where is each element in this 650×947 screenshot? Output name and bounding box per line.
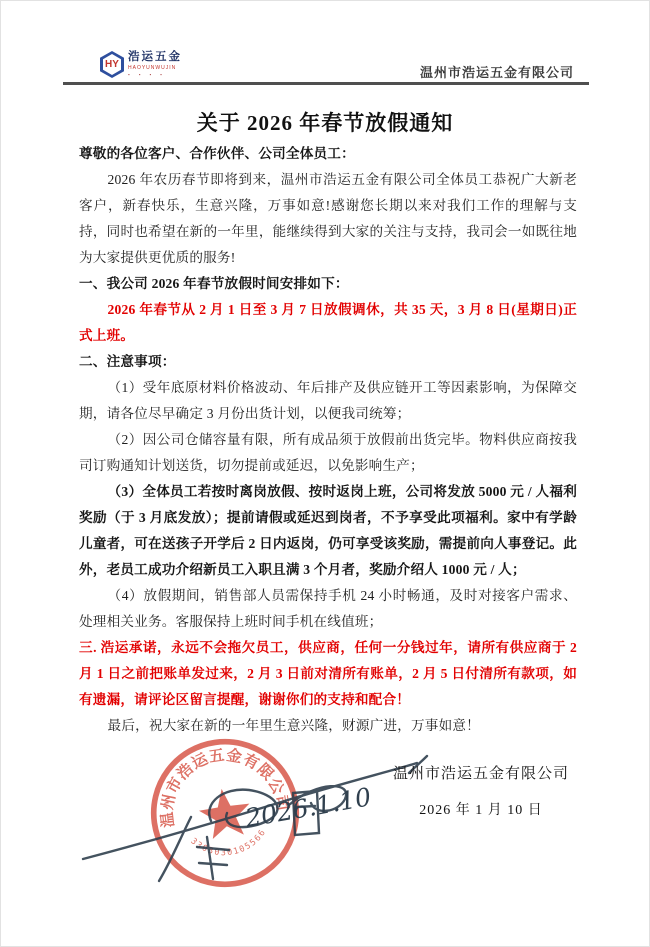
- logo-hexagon-icon: HY: [100, 51, 124, 78]
- section-2-heading: 二、注意事项：: [79, 349, 577, 375]
- header-company-name: 温州市浩运五金有限公司: [420, 62, 574, 81]
- signature-block: 温州市浩运五金有限公司 2026 年 1 月 10 日: [393, 762, 569, 819]
- holiday-dates-line: 2026 年春节从 2 月 1 日至 3 月 7 日放假调休，共 35 天，3 …: [79, 297, 577, 349]
- note-item-1: （1）受年底原材料价格波动、年后排产及供应链开工等因素影响，为保障交期，请各位尽…: [79, 375, 577, 427]
- signature-company: 温州市浩运五金有限公司: [393, 762, 569, 783]
- logo-subtext: HAOYUNWUJIN: [128, 66, 182, 71]
- notice-body: 尊敬的各位客户、合作伙伴、公司全体员工： 2026 年农历春节即将到来，温州市浩…: [79, 141, 577, 739]
- salutation: 尊敬的各位客户、合作伙伴、公司全体员工：: [79, 141, 577, 167]
- intro-paragraph: 2026 年农历春节即将到来，温州市浩运五金有限公司全体员工恭祝广大新老客户，新…: [79, 167, 577, 271]
- section-1-heading: 一、我公司 2026 年春节放假时间安排如下：: [79, 271, 577, 297]
- note-item-3: （3）全体员工若按时离岗放假、按时返岗上班，公司将发放 5000 元 / 人福利…: [79, 479, 577, 583]
- note-item-2: （2）因公司仓储容量有限，所有成品须于放假前出货完毕。物料供应商按我司订购通知计…: [79, 427, 577, 479]
- header-divider: [63, 82, 589, 85]
- logo-dots: ▪ ▪ ▪ ▪: [128, 73, 182, 78]
- logo-monogram: HY: [105, 59, 119, 70]
- page-title: 关于 2026 年春节放假通知: [1, 107, 649, 137]
- logo-name: 浩运五金: [128, 52, 182, 64]
- notice-document: HY 浩运五金 HAOYUNWUJIN ▪ ▪ ▪ ▪ 温州市浩运五金有限公司 …: [0, 0, 650, 947]
- section-3-pledge: 三. 浩运承诺，永远不会拖欠员工，供应商，任何一分钱过年，请所有供应商于 2 月…: [79, 635, 577, 713]
- closing-wish: 最后，祝大家在新的一年里生意兴隆，财源广进，万事如意！: [79, 713, 577, 739]
- company-logo: HY 浩运五金 HAOYUNWUJIN ▪ ▪ ▪ ▪: [100, 51, 182, 78]
- signature-date: 2026 年 1 月 10 日: [393, 799, 569, 819]
- note-item-4: （4）放假期间，销售部人员需保持手机 24 小时畅通，及时对接客户需求、处理相关…: [79, 583, 577, 635]
- handwritten-date: 2026.1.10: [242, 782, 373, 833]
